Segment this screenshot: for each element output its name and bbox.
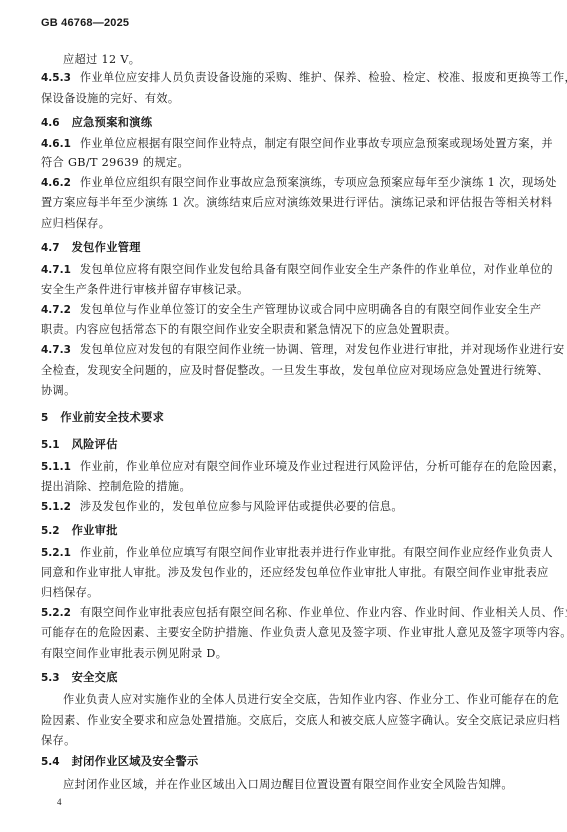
- section-heading-5-3: 5.3安全交底: [41, 671, 118, 685]
- clause-number: 4.6.1: [41, 138, 71, 150]
- clause-4-7-1-line-1: 4.7.1发包单位应将有限空间作业发包给具备有限空间作业安全生产条件的作业单位，…: [41, 263, 535, 277]
- chapter-title: 作业前安全技术要求: [60, 411, 164, 424]
- clause-number: 4.6.2: [41, 177, 71, 189]
- clause-text: 作业前，作业单位应填写有限空间作业审批表并进行作业审批。有限空间作业应经作业负责…: [80, 546, 553, 559]
- section-title: 风险评估: [72, 438, 118, 451]
- clause-number: 4.7.1: [41, 264, 71, 276]
- clause-number: 5.2.1: [41, 547, 71, 559]
- clause-number: 5.2.2: [41, 607, 71, 619]
- clause-5-1-1-line-2: 提出消除、控制危险的措施。: [41, 480, 191, 494]
- clause-text: 发包单位应对发包的有限空间作业统一协调、管理，对发包作业进行审批，并对现场作业进…: [80, 343, 565, 356]
- clause-number: 4.7.2: [41, 304, 71, 316]
- clause-5-2-2-line-2: 可能存在的危险因素、主要安全防护措施、作业负责人意见及签字项、作业审批人意见及签…: [41, 626, 535, 640]
- para-5-3-line-1: 作业负责人应对实施作业的全体人员进行安全交底，告知作业内容、作业分工、作业可能存…: [63, 693, 535, 707]
- clause-5-2-2-line-1: 5.2.2有限空间作业审批表应包括有限空间名称、作业单位、作业内容、作业时间、作…: [41, 606, 535, 620]
- clause-text: 作业单位应安排人员负责设备设施的采购、维护、保养、检验、检定、校准、报废和更换等…: [80, 71, 567, 84]
- clause-number: 5.1.2: [41, 501, 71, 513]
- section-number: 4.7: [41, 242, 60, 254]
- clause-5-2-1-line-2: 同意和作业审批人审批。涉及发包作业的，还应经发包单位作业审批人审批。有限空间作业…: [41, 566, 535, 580]
- page-number: 4: [57, 797, 62, 807]
- para-5-3-line-2: 险因素、作业安全要求和应急处置措施。交底后，交底人和被交底人应签字确认。安全交底…: [41, 714, 535, 728]
- clause-4-7-3-line-1: 4.7.3发包单位应对发包的有限空间作业统一协调、管理，对发包作业进行审批，并对…: [41, 343, 535, 357]
- section-number: 5.3: [41, 672, 60, 684]
- clause-text: 涉及发包作业的，发包单位应参与风险评估或提供必要的信息。: [80, 500, 403, 513]
- section-heading-4-6: 4.6应急预案和演练: [41, 116, 152, 130]
- clause-4-7-2-line-2: 职责。内容应包括常态下的有限空间作业安全职责和紧急情况下的应急处置职责。: [41, 323, 456, 337]
- clause-4-6-1-line-2: 符合 GB/T 29639 的规定。: [41, 156, 189, 170]
- clause-text: 作业单位应组织有限空间作业事故应急预案演练，专项应急预案应每年至少演练 1 次，…: [80, 176, 557, 189]
- section-number: 5.4: [41, 756, 60, 768]
- clause-number: 4.5.3: [41, 72, 71, 84]
- clause-4-6-2-line-2: 置方案应每半年至少演练 1 次。演练结束后应对演练效果进行评估。演练记录和评估报…: [41, 196, 535, 210]
- section-heading-5-1: 5.1风险评估: [41, 438, 118, 452]
- section-title: 作业审批: [72, 524, 118, 537]
- clause-4-5-3-line-2: 保设备设施的完好、有效。: [41, 92, 179, 106]
- section-heading-5-4: 5.4封闭作业区域及安全警示: [41, 755, 199, 769]
- clause-4-6-2-line-1: 4.6.2作业单位应组织有限空间作业事故应急预案演练，专项应急预案应每年至少演练…: [41, 176, 535, 190]
- section-number: 5.1: [41, 439, 60, 451]
- clause-text: 有限空间作业审批表应包括有限空间名称、作业单位、作业内容、作业时间、作业相关人员…: [80, 606, 567, 619]
- clause-5-2-2-line-3: 有限空间作业审批表示例见附录 D。: [41, 647, 227, 661]
- section-title: 发包作业管理: [72, 241, 141, 254]
- clause-5-1-2-line-1: 5.1.2涉及发包作业的，发包单位应参与风险评估或提供必要的信息。: [41, 500, 403, 514]
- clause-4-7-2-line-1: 4.7.2发包单位与作业单位签订的安全生产管理协议或合同中应明确各自的有限空间作…: [41, 303, 535, 317]
- section-number: 5.2: [41, 525, 60, 537]
- chapter-number: 5: [41, 412, 48, 424]
- para-5-3-line-3: 保存。: [41, 734, 76, 748]
- clause-text: 发包单位应将有限空间作业发包给具备有限空间作业安全生产条件的作业单位，对作业单位…: [80, 263, 553, 276]
- section-title: 应急预案和演练: [72, 116, 153, 129]
- section-title: 安全交底: [72, 671, 118, 684]
- clause-5-1-1-line-1: 5.1.1作业前，作业单位应对有限空间作业环境及作业过程进行风险评估，分析可能存…: [41, 460, 535, 474]
- section-title: 封闭作业区域及安全警示: [72, 755, 199, 768]
- clause-text: 发包单位与作业单位签订的安全生产管理协议或合同中应明确各自的有限空间作业安全生产: [80, 303, 542, 316]
- para-5-4-line-1: 应封闭作业区域，并在作业区域出入口周边醒目位置设置有限空间作业安全风险告知牌。: [63, 778, 513, 792]
- continuation-text: 应超过 12 V。: [63, 53, 140, 67]
- clause-text: 作业单位应根据有限空间作业特点，制定有限空间作业事故专项应急预案或现场处置方案，…: [80, 137, 553, 150]
- clause-number: 5.1.1: [41, 461, 71, 473]
- section-heading-5-2: 5.2作业审批: [41, 524, 118, 538]
- clause-4-7-3-line-2: 全检查，发现安全问题的，应及时督促整改。一旦发生事故，发包单位应对现场应急处置进…: [41, 364, 535, 378]
- clause-4-7-1-line-2: 安全生产条件进行审核并留存审核记录。: [41, 283, 249, 297]
- clause-5-2-1-line-3: 归档保存。: [41, 586, 99, 600]
- section-number: 4.6: [41, 117, 60, 129]
- clause-4-5-3-line-1: 4.5.3作业单位应安排人员负责设备设施的采购、维护、保养、检验、检定、校准、报…: [41, 71, 535, 85]
- clause-text: 作业前，作业单位应对有限空间作业环境及作业过程进行风险评估，分析可能存在的危险因…: [80, 460, 565, 473]
- section-heading-4-7: 4.7发包作业管理: [41, 241, 141, 255]
- clause-4-6-1-line-1: 4.6.1作业单位应根据有限空间作业特点，制定有限空间作业事故专项应急预案或现场…: [41, 137, 535, 151]
- clause-number: 4.7.3: [41, 344, 71, 356]
- clause-4-7-3-line-3: 协调。: [41, 384, 76, 398]
- clause-4-6-2-line-3: 应归档保存。: [41, 217, 110, 231]
- standard-code-header: GB 46768—2025: [41, 17, 129, 29]
- chapter-heading-5: 5作业前安全技术要求: [41, 411, 164, 425]
- clause-5-2-1-line-1: 5.2.1作业前，作业单位应填写有限空间作业审批表并进行作业审批。有限空间作业应…: [41, 546, 535, 560]
